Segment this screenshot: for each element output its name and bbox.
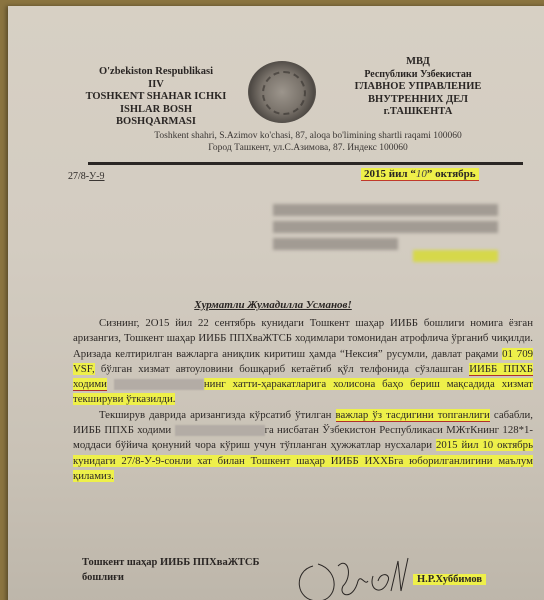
address-latin: Toshkent shahri, S.Azimov ko'chasi, 87, … [108,130,508,142]
header-uz-line: O'zbekiston Respublikasi [56,66,256,79]
header-uz-line: BOSHQARMASI [56,116,256,129]
paragraph-1: Сизнинг, 2О15 йил 22 сентябрь кунидаги Т… [73,316,533,408]
header-uz-line: IIV [56,79,256,92]
header-ru-line: Республики Узбекистан [338,69,498,82]
header-ru-line: ВНУТРЕННИХ ДЕЛ [338,94,498,107]
date-day: 10 [416,168,427,180]
reference-prefix: 27/8- [68,171,89,182]
date-month: ” октябрь [427,168,476,180]
header-uz-line: TOSHKENT SHAHAR ICHKI [56,91,256,104]
letter-date: 2015 йил “10” октябрь [361,168,479,181]
signatory-position: Тошкент шаҳар ИИББ ППХваЖТСБ бошлиғи [82,555,259,585]
header-divider [88,162,523,165]
letter-body: Сизнинг, 2О15 йил 22 сентябрь кунидаги Т… [73,316,533,484]
date-year: 2015 йил “ [364,168,416,180]
header-ru-line: МВД [338,56,498,69]
paragraph-2: Текширув даврида аризангизда кўрсатиб ўт… [73,408,533,484]
reference-number: 27/8-У-9 [68,171,105,182]
header-uz-line: ISHLAR BOSH [56,104,256,117]
greeting: Хурматли Жумадилла Усманов! [68,299,478,311]
header-uzbek: O'zbekiston Respublikasi IIV TOSHKENT SH… [56,66,256,129]
letter-page: O'zbekiston Respublikasi IIV TOSHKENT SH… [8,6,544,600]
header-ru-line: г.ТАШКЕНТА [338,106,498,119]
highlight-confirmed: важлар ўз тасдигини топганлиги [336,409,490,422]
header-russian: МВД Республики Узбекистан ГЛАВНОЕ УПРАВЛ… [338,56,498,119]
address-block: Toshkent shahri, S.Azimov ko'chasi, 87, … [108,130,508,154]
signature-icon [293,546,413,600]
redacted-name [175,425,265,436]
header-ru-line: ГЛАВНОЕ УПРАВЛЕНИЕ [338,81,498,94]
state-emblem-icon [248,61,316,123]
redacted-name [114,379,204,390]
signatory-name: Н.Р.Хуббимов [413,574,486,585]
reference-handwritten: У-9 [89,171,104,182]
address-cyrillic: Город Ташкент, ул.С.Азимова, 87. Индекс … [108,142,508,154]
